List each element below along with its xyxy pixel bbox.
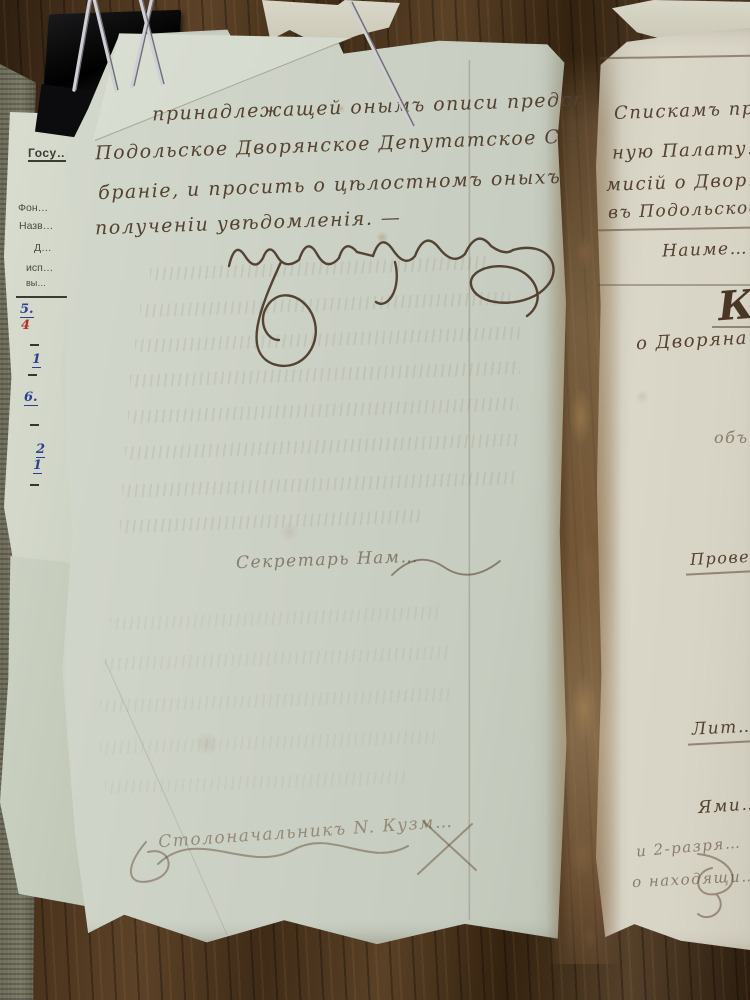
signature-flourish <box>215 222 575 372</box>
form-label-d: Д… <box>34 242 52 254</box>
photo-of-archival-manuscript: Госу… Фон… Назв… Д… исп… вы… 5. 4 1 6. 2… <box>0 0 750 1000</box>
clerk-flourish <box>118 812 498 892</box>
form-label-fond: Фон… <box>18 202 48 214</box>
form-label-isp: исп… <box>26 262 53 274</box>
form-label-v: вы… <box>26 278 46 288</box>
form-header: Госу… <box>28 146 69 162</box>
margin-number: 2 <box>36 442 45 458</box>
margin-number: 1 <box>32 352 41 368</box>
margin-number: 1 <box>33 458 42 474</box>
handwriting-line: Наиме… <box>662 239 749 262</box>
margin-number: 5. <box>20 302 34 318</box>
margin-number: 6. <box>24 390 38 406</box>
form-label-nazv: Назв… <box>19 220 53 232</box>
handwriting-line: объ и… <box>714 428 750 447</box>
handwriting-line: Ями… <box>697 794 750 818</box>
margin-number: 4 <box>21 318 30 333</box>
handwriting-line: Лит… <box>692 716 750 739</box>
ornate-initial: К <box>716 281 750 331</box>
handwriting-line: Прове… <box>690 546 750 569</box>
flourish-tail <box>688 848 750 934</box>
secretary-flourish <box>388 545 518 585</box>
binder-clip-wire <box>40 0 440 138</box>
